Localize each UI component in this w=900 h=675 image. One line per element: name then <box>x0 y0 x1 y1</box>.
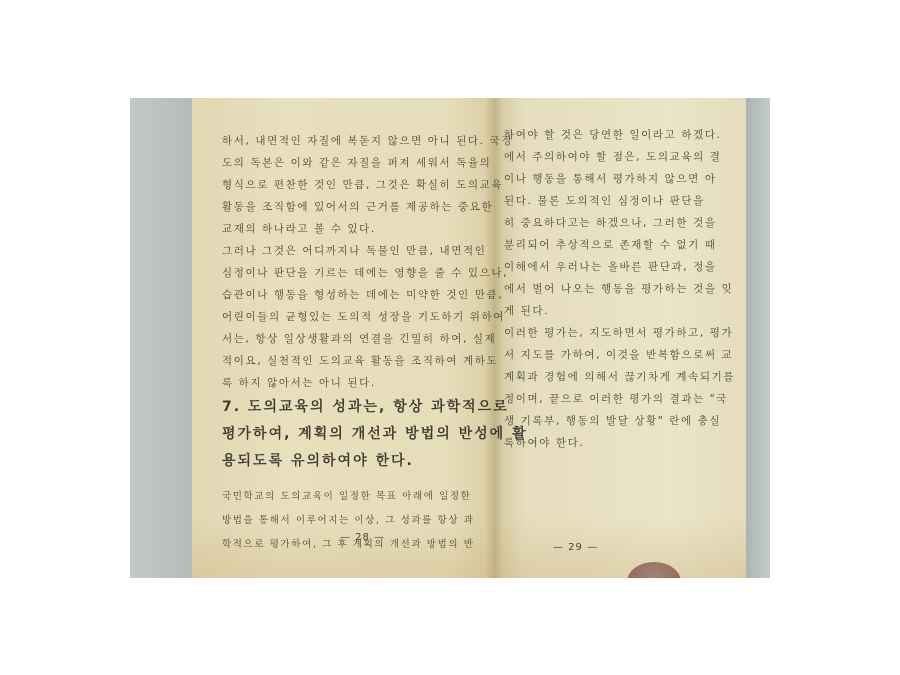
heading-line: 용되도록 유의하여야 한다. <box>222 448 492 475</box>
text-line: 국민학교의 도의교육이 일정한 목표 아래에 일정한 <box>222 485 492 509</box>
text-line: 어린이들의 균형있는 도의적 성장을 기도하기 위하여 <box>222 306 492 328</box>
text-line: 그러나 그것은 어디까지나 독물인 만큼, 내면적인 <box>222 240 492 262</box>
text-line: 된다. 물론 도의적인 심정이나 판단을 <box>504 190 734 212</box>
text-line: 에서 주의하여야 할 점은, 도의교육의 결 <box>504 146 734 168</box>
right-page-text: 하여야 할 것은 당연한 일이라고 하겠다. 에서 주의하여야 할 점은, 도의… <box>504 124 734 454</box>
left-paragraph-1: 하서, 내면적인 자질에 복돋지 않으면 아니 된다. 국정 도의 독본은 이와… <box>222 130 492 240</box>
background-surface-left <box>130 98 192 578</box>
text-line: 이러한 평가는, 지도하면서 평가하고, 평가 <box>504 322 734 344</box>
text-line: 서는, 항상 일상생활과의 연결을 긴밀히 하여, 실제 <box>222 328 492 350</box>
page-number-left: — 28 — <box>340 532 385 543</box>
text-line: 하여야 할 것은 당연한 일이라고 하겠다. <box>504 124 734 146</box>
left-paragraph-3: 국민학교의 도의교육이 일정한 목표 아래에 일정한 방법을 통해서 이루어지는… <box>222 485 492 557</box>
text-line: 게 된다. <box>504 300 734 322</box>
text-line: 심정이나 판단을 기르는 데에는 영향을 줄 수 있으나, <box>222 262 492 284</box>
text-line: 도의 독본은 이와 같은 자질을 퍼져 세워서 독율의 <box>222 152 492 174</box>
text-line: 에서 벌어 나오는 행동을 평가하는 것을 잊 <box>504 278 734 300</box>
text-line: 생 기록부, 행동의 발달 상황" 란에 충실 <box>504 410 734 432</box>
text-line: 분리되어 추상적으로 존재할 수 없기 때 <box>504 234 734 256</box>
text-line: 습관이나 행동을 형성하는 데에는 미약한 것인 만큼, <box>222 284 492 306</box>
text-line: 서 지도를 가하여, 이것을 반복함으로써 교 <box>504 344 734 366</box>
text-line: 하서, 내면적인 자질에 복돋지 않으면 아니 된다. 국정 <box>222 130 492 152</box>
heading-line: 7. 도의교육의 성과는, 항상 과학적으로 <box>222 394 492 421</box>
text-line: 이해에서 우러나는 올바른 판단과, 정을 <box>504 256 734 278</box>
text-line: 적이요, 실천적인 도의교육 활동을 조직하여 계하도 <box>222 350 492 372</box>
text-line: 정이며, 끝으로 이러한 평가의 결과는 "국 <box>504 388 734 410</box>
heading-line: 평가하여, 계획의 개선과 방법의 반성에 활 <box>222 421 492 448</box>
text-line: 히 중요하다고는 하겠으나, 그러한 것을 <box>504 212 734 234</box>
text-line: 계획과 경험에 의해서 끊기차게 계속되기를 <box>504 366 734 388</box>
text-line: 록하여야 한다. <box>504 432 734 454</box>
text-line: 활동을 조직함에 있어서의 근거를 제공하는 중요한 <box>222 196 492 218</box>
page-number-right: — 29 — <box>553 542 598 553</box>
right-paragraph-2: 이러한 평가는, 지도하면서 평가하고, 평가 서 지도를 가하여, 이것을 반… <box>504 322 734 454</box>
text-line: 록 하지 않아서는 아니 된다. <box>222 372 492 394</box>
text-line: 이나 행동을 통해서 평가하지 않으면 아 <box>504 168 734 190</box>
text-line: 형식으로 편찬한 것인 만큼, 그것은 확실히 도의교육 <box>222 174 492 196</box>
book-photo: 하서, 내면적인 자질에 복돋지 않으면 아니 된다. 국정 도의 독본은 이와… <box>130 98 770 578</box>
left-paragraph-2: 그러나 그것은 어디까지나 독물인 만큼, 내면적인 심정이나 판단을 기르는 … <box>222 240 492 394</box>
text-line: 방법을 통해서 이루어지는 이상, 그 성과를 항상 과 <box>222 509 492 533</box>
right-paragraph-1: 하여야 할 것은 당연한 일이라고 하겠다. 에서 주의하여야 할 점은, 도의… <box>504 124 734 322</box>
left-page-text: 하서, 내면적인 자질에 복돋지 않으면 아니 된다. 국정 도의 독본은 이와… <box>222 130 492 557</box>
section-heading: 7. 도의교육의 성과는, 항상 과학적으로 평가하여, 계획의 개선과 방법의… <box>222 394 492 475</box>
text-line: 교재의 하나라고 볼 수 있다. <box>222 218 492 240</box>
background-surface-right <box>745 98 770 578</box>
